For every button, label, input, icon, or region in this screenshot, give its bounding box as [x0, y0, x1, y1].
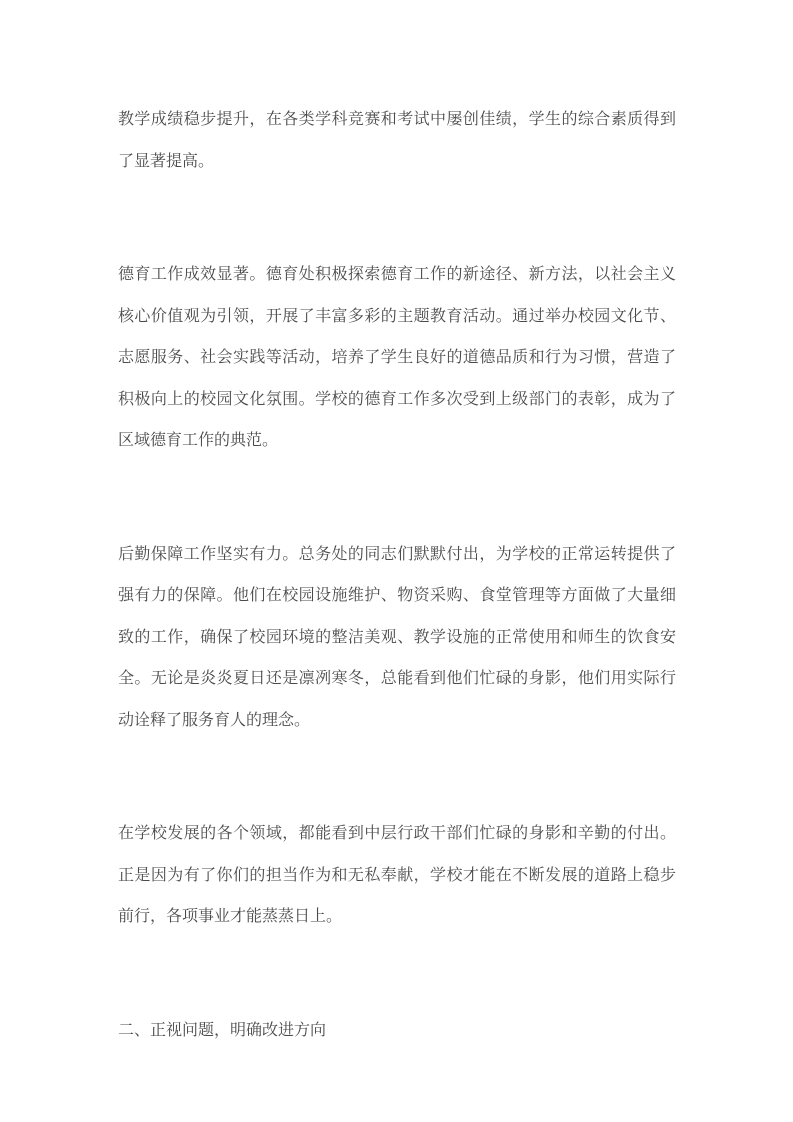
section-heading: 二、正视问题，明确改进方向: [118, 1010, 676, 1052]
paragraph-teaching-results: 教学成绩稳步提升，在各类学科竞赛和考试中屡创佳绩，学生的综合素质得到了显著提高。: [118, 99, 676, 182]
paragraph-moral-education: 德育工作成效显著。德育处积极探索德育工作的新途径、新方法，以社会主义核心价值观为…: [118, 254, 676, 462]
paragraph-school-development: 在学校发展的各个领域，都能看到中层行政干部们忙碌的身影和辛勤的付出。正是因为有了…: [118, 813, 676, 938]
document-page: 教学成绩稳步提升，在各类学科竞赛和考试中屡创佳绩，学生的综合素质得到了显著提高。…: [0, 0, 793, 1122]
paragraph-logistics-support: 后勤保障工作坚实有力。总务处的同志们默默付出，为学校的正常运转提供了强有力的保障…: [118, 534, 676, 742]
